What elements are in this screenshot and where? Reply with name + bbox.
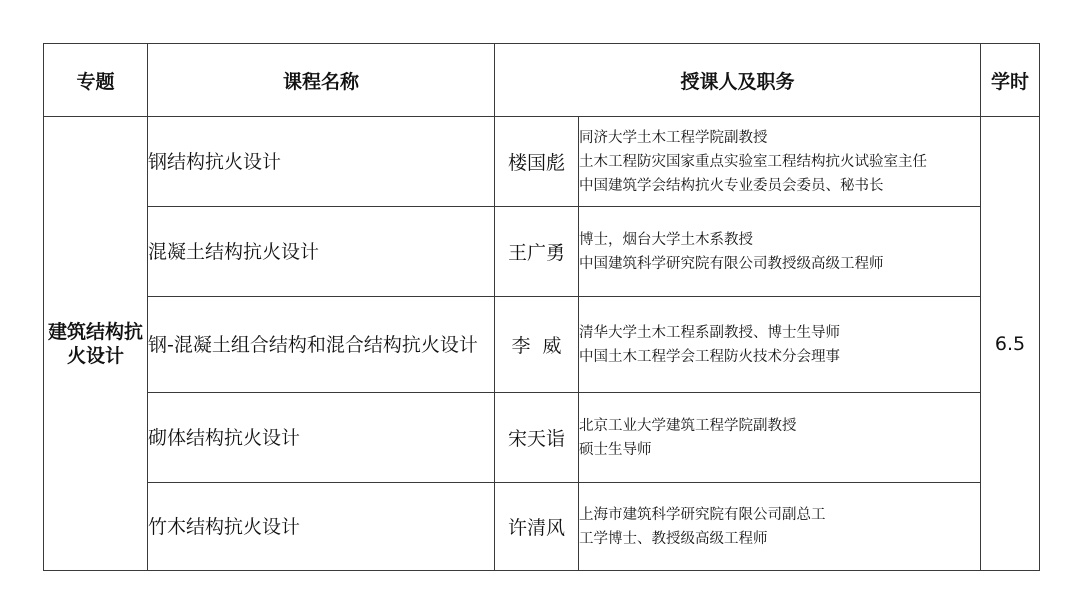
- title-line: 北京工业大学建筑工程学院副教授: [579, 414, 980, 438]
- table-row: 砌体结构抗火设计 宋天诣 北京工业大学建筑工程学院副教授 硕士生导师: [44, 393, 1040, 483]
- title-line: 硕士生导师: [579, 438, 980, 462]
- table-row: 混凝土结构抗火设计 王广勇 博士，烟台大学土木系教授 中国建筑科学研究院有限公司…: [44, 207, 1040, 297]
- title-line: 上海市建筑科学研究院有限公司副总工: [579, 503, 980, 527]
- title-line: 同济大学土木工程学院副教授: [579, 126, 980, 150]
- header-instructor: 授课人及职务: [495, 44, 981, 117]
- topic-cell: 建筑结构抗火设计: [44, 117, 148, 571]
- header-row: 专题 课程名称 授课人及职务 学时: [44, 44, 1040, 117]
- course-table: 专题 课程名称 授课人及职务 学时 建筑结构抗火设计 钢结构抗火设计 楼国彪 同…: [43, 43, 1040, 571]
- course-name: 钢结构抗火设计: [148, 117, 495, 207]
- title-line: 中国土木工程学会工程防火技术分会理事: [579, 345, 980, 369]
- title-line: 中国建筑科学研究院有限公司教授级高级工程师: [579, 252, 980, 276]
- teacher-titles: 博士，烟台大学土木系教授 中国建筑科学研究院有限公司教授级高级工程师: [579, 207, 981, 297]
- header-hours: 学时: [981, 44, 1040, 117]
- table-row: 竹木结构抗火设计 许清风 上海市建筑科学研究院有限公司副总工 工学博士、教授级高…: [44, 483, 1040, 571]
- table-row: 钢-混凝土组合结构和混合结构抗火设计 李 威 清华大学土木工程系副教授、博士生导…: [44, 297, 1040, 393]
- title-line: 工学博士、教授级高级工程师: [579, 527, 980, 551]
- course-name: 混凝土结构抗火设计: [148, 207, 495, 297]
- teacher-name: 李 威: [495, 297, 579, 393]
- teacher-name: 宋天诣: [495, 393, 579, 483]
- teacher-name: 许清风: [495, 483, 579, 571]
- header-topic: 专题: [44, 44, 148, 117]
- table-row: 建筑结构抗火设计 钢结构抗火设计 楼国彪 同济大学土木工程学院副教授 土木工程防…: [44, 117, 1040, 207]
- teacher-titles: 同济大学土木工程学院副教授 土木工程防灾国家重点实验室工程结构抗火试验室主任 中…: [579, 117, 981, 207]
- teacher-name: 王广勇: [495, 207, 579, 297]
- teacher-titles: 清华大学土木工程系副教授、博士生导师 中国土木工程学会工程防火技术分会理事: [579, 297, 981, 393]
- header-course: 课程名称: [148, 44, 495, 117]
- teacher-titles: 北京工业大学建筑工程学院副教授 硕士生导师: [579, 393, 981, 483]
- teacher-titles: 上海市建筑科学研究院有限公司副总工 工学博士、教授级高级工程师: [579, 483, 981, 571]
- course-name: 钢-混凝土组合结构和混合结构抗火设计: [148, 297, 495, 393]
- course-name: 竹木结构抗火设计: [148, 483, 495, 571]
- title-line: 清华大学土木工程系副教授、博士生导师: [579, 321, 980, 345]
- teacher-name: 楼国彪: [495, 117, 579, 207]
- hours-cell: 6.5: [981, 117, 1040, 571]
- title-line: 土木工程防灾国家重点实验室工程结构抗火试验室主任: [579, 150, 980, 174]
- title-line: 博士，烟台大学土木系教授: [579, 228, 980, 252]
- title-line: 中国建筑学会结构抗火专业委员会委员、秘书长: [579, 174, 980, 198]
- course-name: 砌体结构抗火设计: [148, 393, 495, 483]
